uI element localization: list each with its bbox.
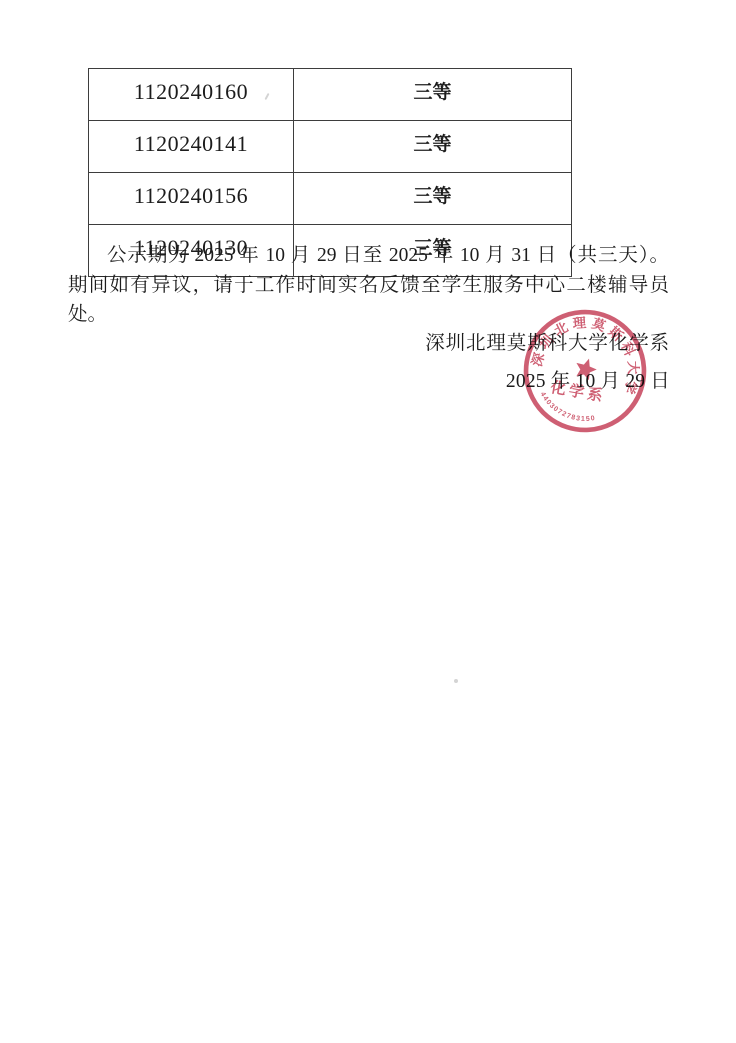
- star-icon: [572, 355, 599, 381]
- grade-cell: 三等: [294, 69, 572, 121]
- table-row: 1120240156三等: [89, 173, 572, 225]
- official-seal-stamp: 深圳北理莫斯科大学 化学系 4403072783150: [520, 306, 650, 436]
- grade-cell: 三等: [294, 121, 572, 173]
- student-id-cell: 1120240156: [89, 173, 294, 225]
- student-id-cell: 1120240160: [89, 69, 294, 121]
- student-id-cell: 1120240141: [89, 121, 294, 173]
- table-row: 1120240141三等: [89, 121, 572, 173]
- table-row: 1120240160三等: [89, 69, 572, 121]
- grade-cell: 三等: [294, 173, 572, 225]
- seal-center-text: 化学系: [548, 378, 607, 406]
- scan-speck: [454, 679, 458, 683]
- document-page: 1120240160三等1120240141三等1120240156三等1120…: [0, 0, 736, 1043]
- publicity-line-2: 期间如有异议，请于工作时间实名反馈至学生服务中心二楼辅导员: [68, 271, 669, 301]
- publicity-line-1: 公示期为 2025 年 10 月 29 日至 2025 年 10 月 31 日（…: [68, 241, 669, 271]
